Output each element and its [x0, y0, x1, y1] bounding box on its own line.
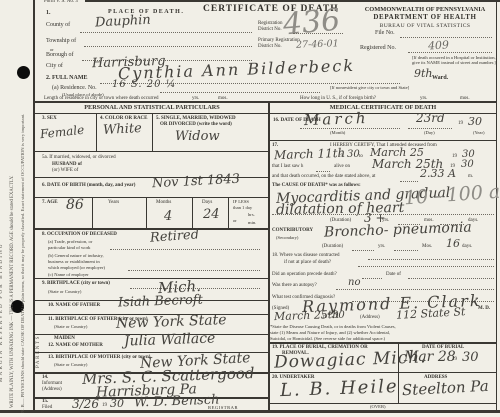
signature-date: March 25th [274, 309, 340, 322]
date-of-death-day: 23rd [416, 112, 445, 124]
attended-from-value: March 11th [274, 147, 346, 161]
spouse-label-2: HUSBAND of [52, 162, 82, 168]
residence-value: 16 S. 20 ¼ [112, 80, 176, 90]
mother-birthplace-label: 13. BIRTHPLACE OF MOTHER (city or town) [48, 355, 150, 361]
dotted-line [110, 248, 260, 250]
where-contracted-line-2: if not at place of death? [284, 260, 331, 266]
race-value: White [103, 122, 142, 137]
age-less-or: or [233, 218, 237, 223]
section-separator-rule [35, 101, 496, 103]
printed-19-c: 19 [452, 154, 457, 160]
printed-19-f: 19 [452, 357, 457, 363]
duration2-yrs: yrs. [378, 244, 385, 250]
occupation-label: 8. OCCUPATION OF DECEASED [42, 232, 117, 238]
bureau-line: BUREAU OF VITAL STATISTICS [352, 23, 498, 29]
age-days-value: 24 [203, 208, 220, 221]
informant-number: 14. [42, 375, 48, 381]
md-label: M. D. [478, 306, 490, 312]
maiden-label: MAIDEN [54, 336, 75, 342]
registered-no-label: Registered No. [360, 45, 396, 52]
dotted-line [408, 277, 494, 279]
occupation-b-label-3: which employed (or employer) [48, 265, 105, 270]
date-of-label: Date of [386, 272, 401, 278]
county-label: County of [46, 22, 70, 29]
birthplace-label: 9. BIRTHPLACE (city or town) [42, 281, 110, 287]
rule [270, 140, 496, 141]
printed-19-b: 19 [338, 154, 343, 160]
margin-note-1: WRITE PLAINLY, WITH UNFADING INK — THIS … [10, 176, 15, 408]
year-sub-label: (Year) [473, 130, 485, 135]
punch-hole [17, 66, 30, 79]
dotted-line [80, 31, 252, 33]
sex-value: Female [39, 124, 84, 141]
filed-19: 19 [102, 403, 107, 409]
age-days-label: Days [202, 200, 212, 206]
binding-rule [33, 0, 35, 411]
filed-label: Filed [42, 405, 52, 411]
county-value: Dauphin [95, 14, 151, 30]
informant-address-label: (Address) [42, 387, 62, 393]
attended-from-year: 30 [347, 150, 360, 160]
age-less-label-2: than 1 day [233, 205, 252, 210]
marital-label-1: 5. SINGLE, MARRIED, WIDOWED [156, 116, 236, 122]
date-of-death-month: March [304, 111, 369, 128]
footnote-line-2: state (1) Means and Nature of Injury, an… [270, 330, 390, 335]
duration2-days-value: 16 [446, 238, 460, 249]
age-years-value: 86 [66, 198, 84, 212]
last-saw-year: 30 [461, 160, 474, 170]
registrar-signature: W. D. Bensch [134, 394, 220, 410]
to-label: to [359, 154, 363, 160]
mother-birthplace-sub: (State or Country) [54, 362, 87, 367]
rule [192, 197, 193, 228]
burial-year-value: 30 [462, 351, 479, 364]
hospital-note: [If death occurred in a Hospital or Inst… [412, 55, 496, 65]
primary-district-label-1: Primary Registration [258, 38, 300, 44]
age-label: 7. AGE [42, 200, 58, 206]
age-less-hrs: hrs. [248, 212, 255, 217]
dotted-line [160, 91, 320, 93]
dotted-line [400, 180, 418, 182]
time-of-death-value: 2.33 A [420, 168, 456, 179]
spouse-label-1: 5a. If married, widowed, or divorced [42, 155, 116, 161]
death-occurred-line: and that death occurred, on the date sta… [272, 174, 375, 180]
autopsy-value: no [348, 278, 360, 288]
dotted-line [362, 277, 382, 279]
dotted-line [352, 249, 374, 251]
borough-label: Borough of [46, 52, 74, 59]
rule [146, 197, 147, 228]
age-years-label: Years [108, 200, 119, 206]
month-sub-label: (Month) [330, 130, 345, 135]
last-saw-line: that I last saw h [272, 164, 303, 170]
section-1-number: 1. [46, 10, 51, 17]
day-sub-label: (Day) [424, 130, 435, 135]
registration-district-label-1: Registration [258, 21, 282, 27]
father-name-value: Isiah Becroft [118, 294, 203, 310]
where-contracted-line-1: 18. Where was disease contracted [272, 253, 340, 259]
registered-no-value: 409 [428, 39, 450, 51]
ward-label: Ward. [432, 75, 448, 82]
column-divider-rule [268, 101, 270, 411]
nonresident-note: [If nonresident give city or town and St… [330, 85, 409, 90]
registrar-label: REGISTRAR [208, 405, 238, 410]
duration2-mos: Mos. [422, 244, 432, 250]
rule [35, 151, 268, 152]
spouse-label-3: (or) WIFE of [52, 168, 78, 174]
registration-district-label-2: District No. [258, 27, 282, 33]
rule [270, 342, 496, 344]
rule [152, 113, 153, 151]
occupation-b-label-1: (b) General nature of industry, [48, 253, 104, 258]
file-no-label: File No. [375, 30, 395, 37]
contributory-label: CONTRIBUTORY [272, 228, 313, 234]
age-months-label: Months [156, 200, 171, 206]
dotted-line [293, 32, 343, 34]
footnote-line-1: *State the Disease Causing Death, or in … [270, 324, 396, 329]
occupation-a-label-2: particular kind of work [48, 245, 90, 250]
contributory-sub: (Secondary) [276, 235, 298, 240]
father-birthplace-sub: (State or Country) [54, 324, 87, 329]
dob-label: 6. DATE OF BIRTH (month, day, and year) [42, 183, 135, 189]
birthplace-sub: (State or Country) [48, 289, 81, 294]
dotted-line [358, 265, 494, 267]
rule [96, 113, 97, 151]
printed-19: 19 [458, 121, 463, 127]
dotted-line [408, 51, 492, 53]
rule [270, 372, 496, 373]
autopsy-line: Was there an autopsy? [272, 283, 317, 289]
sex-label: 3. SEX [42, 116, 57, 122]
over-label: (OVER) [370, 404, 386, 409]
dotted-line [336, 288, 494, 290]
informant-label: Informant [42, 381, 62, 387]
form-number: Form V. S. No. 3 [44, 0, 78, 5]
primary-district-label-2: District No. [258, 44, 282, 50]
duration2-days: days. [462, 244, 472, 250]
right-edge-rule [496, 2, 497, 411]
alive-on-label: alive on [334, 164, 350, 170]
undertaker-address-value: Steelton Pa [402, 379, 489, 399]
margin-binding-note: MARGIN RESERVED FOR BINDING [0, 242, 4, 382]
age-months-value: 4 [164, 210, 172, 223]
township-label: Township of [46, 38, 76, 45]
footnote-line-3: Suicidal, or Homicidal. (See reverse sid… [270, 336, 385, 341]
personal-section-title: PERSONAL AND STATISTICAL PARTICULARS [36, 105, 268, 112]
filed-date-value: 3/26 [72, 398, 99, 410]
occupation-a-value: Retired [150, 228, 200, 244]
dotted-line [408, 127, 452, 129]
mother-name-value: Julia Wallace [124, 331, 216, 348]
department-line: DEPARTMENT OF HEALTH [352, 14, 498, 22]
certificate-number-handwritten: 436 [282, 6, 342, 41]
father-birthplace-value: New York State [116, 313, 227, 331]
dotted-line [128, 269, 260, 271]
city-label: City of [46, 63, 63, 70]
father-name-label: 10. NAME OF FATHER [48, 303, 100, 309]
mother-name-label: 12. NAME OF MOTHER [48, 343, 103, 349]
margin-note-2: N. B.— PHYSICIANS should state CAUSE OF … [20, 114, 25, 413]
dotted-line [84, 45, 252, 47]
dotted-line [394, 249, 418, 251]
m-label: m. [468, 174, 473, 180]
occupation-b-label-2: business or establishment in [48, 259, 100, 264]
ward-value: 9th [414, 68, 433, 79]
age-less-label-1: IF LESS [233, 199, 249, 204]
full-name-label: 2. FULL NAME [46, 75, 88, 82]
occupation-c-label: (c) Name of employer [48, 272, 89, 277]
dob-value: Nov 1st 1843 [152, 173, 241, 191]
occupation-a-label-1: (a) Trade, profession, or [48, 239, 92, 244]
date-of-death-year: 30 [468, 116, 482, 127]
marital-value: Widow [175, 130, 220, 143]
filed-number: 15. [42, 399, 48, 405]
operation-line: Did an operation precede death? [272, 272, 337, 278]
duration2-label: (Duration) [322, 244, 343, 250]
rule [228, 197, 229, 228]
printed-19-e: 19 [322, 315, 327, 321]
filed-year-value: 30 [110, 398, 124, 409]
rule [35, 278, 268, 279]
dotted-line [368, 258, 494, 260]
dotted-line [316, 170, 330, 172]
death-certificate-scan: MARGIN RESERVED FOR BINDING WRITE PLAINL… [0, 0, 500, 417]
top-edge-rule [85, 0, 500, 2]
undertaker-value: L. B. Heile [280, 378, 399, 400]
age-less-min: min. [248, 220, 256, 225]
address-paren-label: (Address) [360, 315, 380, 321]
marital-label-2: OR DIVORCED (write the word) [160, 122, 232, 128]
rule [92, 197, 93, 228]
dotted-line [300, 127, 400, 129]
residence-label: (a) Residence. No. [52, 85, 97, 92]
burial-date-value: Mar 28 [404, 350, 456, 364]
signature-year: 30 [332, 311, 345, 321]
physician-address: 112 State St [396, 306, 466, 321]
pencil-annotation: 10 - 100 a [403, 183, 500, 209]
primary-district-value: 27-46-01 [296, 39, 339, 50]
